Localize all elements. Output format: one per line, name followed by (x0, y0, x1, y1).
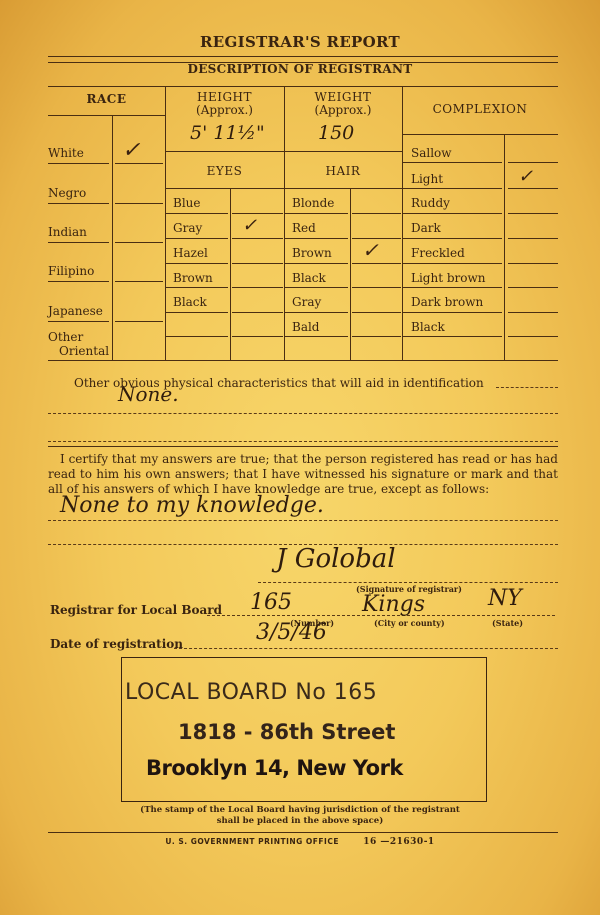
footer-rule (48, 832, 558, 833)
rule (402, 263, 502, 264)
rule (402, 287, 502, 288)
rule (232, 287, 283, 288)
complexion-option-light: Light (411, 172, 443, 186)
rule (284, 312, 348, 313)
rule (284, 213, 348, 214)
complexion-option-dark: Dark (411, 221, 441, 235)
rule (402, 238, 502, 239)
divider (165, 86, 166, 360)
complexion-light-check[interactable]: ✓ (518, 166, 533, 187)
rule (508, 213, 558, 214)
eyes-option-gray: Gray (173, 221, 202, 235)
rule (284, 238, 348, 239)
eyes-header: EYES (165, 164, 284, 178)
complexion-option-ruddy: Ruddy (411, 196, 450, 210)
rule (508, 336, 558, 337)
rule (352, 213, 401, 214)
divider (284, 86, 285, 360)
table-bottom-rule (48, 360, 558, 361)
rule (165, 287, 228, 288)
eyes-option-hazel: Hazel (173, 246, 208, 260)
complexion-header: COMPLEXION (402, 102, 558, 116)
divider (112, 116, 113, 360)
section-rule (48, 446, 558, 447)
divider (230, 189, 231, 360)
hair-brown-check[interactable]: ✓ (362, 238, 379, 262)
rule (48, 321, 109, 322)
rule (402, 312, 502, 313)
hair-option-bald: Bald (292, 320, 320, 334)
rule (165, 263, 228, 264)
complexion-option-dark-brown: Dark brown (411, 295, 483, 309)
eyes-option-blue: Blue (173, 196, 201, 210)
race-option-other-oriental: Other Oriental (48, 330, 109, 358)
complexion-option-freckled: Freckled (411, 246, 465, 260)
date-of-registration-label: Date of registration (50, 637, 183, 652)
rule (115, 242, 163, 243)
rule (115, 321, 163, 322)
rule (48, 242, 109, 243)
eyes-option-black: Black (173, 295, 207, 309)
signature-line (258, 582, 558, 583)
rule (402, 213, 502, 214)
state-value[interactable]: NY (488, 586, 522, 611)
date-of-registration-value[interactable]: 3/5/46 (256, 620, 327, 645)
race-option-indian: Indian (48, 225, 87, 239)
rule (402, 134, 558, 135)
hair-option-red: Red (292, 221, 316, 235)
stamp-street-address: 1818 - 86th Street (178, 720, 395, 744)
printer-footer: U. S. GOVERNMENT PRINTING OFFICE 16 —216… (0, 837, 600, 847)
rule (352, 336, 401, 337)
rule (165, 213, 228, 214)
race-option-japanese: Japanese (48, 304, 103, 318)
hair-option-blonde: Blonde (292, 196, 334, 210)
stamp-city-state: Brooklyn 14, New York (146, 756, 403, 780)
height-header: HEIGHT (165, 90, 284, 104)
rule (508, 287, 558, 288)
rule (508, 312, 558, 313)
dotted-line (174, 648, 558, 649)
race-option-negro: Negro (48, 186, 86, 200)
race-option-filipino: Filipino (48, 264, 94, 278)
race-white-check[interactable]: ✓ (122, 138, 140, 163)
printer-name: U. S. GOVERNMENT PRINTING OFFICE (165, 837, 339, 846)
rule (402, 188, 502, 189)
rule (232, 263, 283, 264)
rule (165, 336, 228, 337)
local-board-stamp: LOCAL BOARD No 165 1818 - 86th Street Br… (121, 657, 487, 802)
rule (402, 336, 502, 337)
divider (504, 134, 505, 360)
stamp-note: (The stamp of the Local Board having jur… (0, 805, 600, 827)
rule (232, 312, 283, 313)
divider (350, 189, 351, 360)
section-subtitle: DESCRIPTION OF REGISTRANT (0, 62, 600, 76)
rule (165, 238, 228, 239)
rule (284, 263, 348, 264)
local-board-label: Registrar for Local Board (50, 603, 222, 618)
certification-exceptions-value[interactable]: None to my knowledge. (60, 493, 324, 518)
state-caption: (State) (492, 618, 523, 628)
rule (165, 151, 402, 152)
rule (284, 336, 348, 337)
rule (165, 312, 228, 313)
rule (352, 263, 401, 264)
other-characteristics-value[interactable]: None. (118, 382, 179, 406)
rule (232, 213, 283, 214)
complexion-option-light-brown: Light brown (411, 271, 486, 285)
rule (115, 281, 163, 282)
rule (508, 238, 558, 239)
board-number-value[interactable]: 165 (250, 590, 292, 615)
race-option-white: White (48, 146, 84, 160)
rule (48, 115, 165, 116)
rule (352, 287, 401, 288)
rule (508, 188, 558, 189)
race-header: RACE (48, 92, 165, 106)
rule (48, 281, 109, 282)
table-top-rule (48, 86, 558, 87)
rule (232, 336, 283, 337)
height-approx: (Approx.) (165, 103, 284, 117)
rule (232, 238, 283, 239)
dotted-line (48, 441, 558, 442)
stamp-board-number: LOCAL BOARD No 165 (125, 680, 377, 705)
hair-option-black: Black (292, 271, 326, 285)
dotted-line (48, 520, 558, 521)
weight-approx: (Approx.) (284, 103, 402, 117)
rule (48, 163, 109, 164)
rule (115, 203, 163, 204)
weight-header: WEIGHT (284, 90, 402, 104)
rule (508, 263, 558, 264)
complexion-option-black: Black (411, 320, 445, 334)
hair-header: HAIR (284, 164, 402, 178)
registrar-signature[interactable]: J Golobal (276, 544, 396, 574)
rule (165, 188, 402, 189)
rule (402, 162, 502, 163)
rule (48, 203, 109, 204)
rule (508, 162, 558, 163)
weight-value[interactable]: 150 (318, 122, 354, 144)
height-value[interactable]: 5' 11½" (190, 122, 265, 144)
rule (284, 287, 348, 288)
dotted-line (48, 413, 558, 414)
divider (402, 86, 403, 360)
form-code: 16 —21630-1 (363, 837, 434, 847)
dotted-line (496, 387, 558, 388)
registrars-report-card: REGISTRAR'S REPORT DESCRIPTION OF REGIST… (0, 0, 600, 915)
rule (115, 163, 163, 164)
hair-option-brown: Brown (292, 246, 332, 260)
eyes-option-brown: Brown (173, 271, 213, 285)
hair-option-gray: Gray (292, 295, 321, 309)
city-county-caption: (City or county) (374, 618, 445, 628)
report-title: REGISTRAR'S REPORT (0, 33, 600, 51)
eyes-gray-check[interactable]: ✓ (242, 215, 257, 236)
certification-text: I certify that my answers are true; that… (48, 452, 558, 497)
complexion-option-sallow: Sallow (411, 146, 452, 160)
city-county-value[interactable]: Kings (362, 592, 425, 617)
rule (352, 312, 401, 313)
